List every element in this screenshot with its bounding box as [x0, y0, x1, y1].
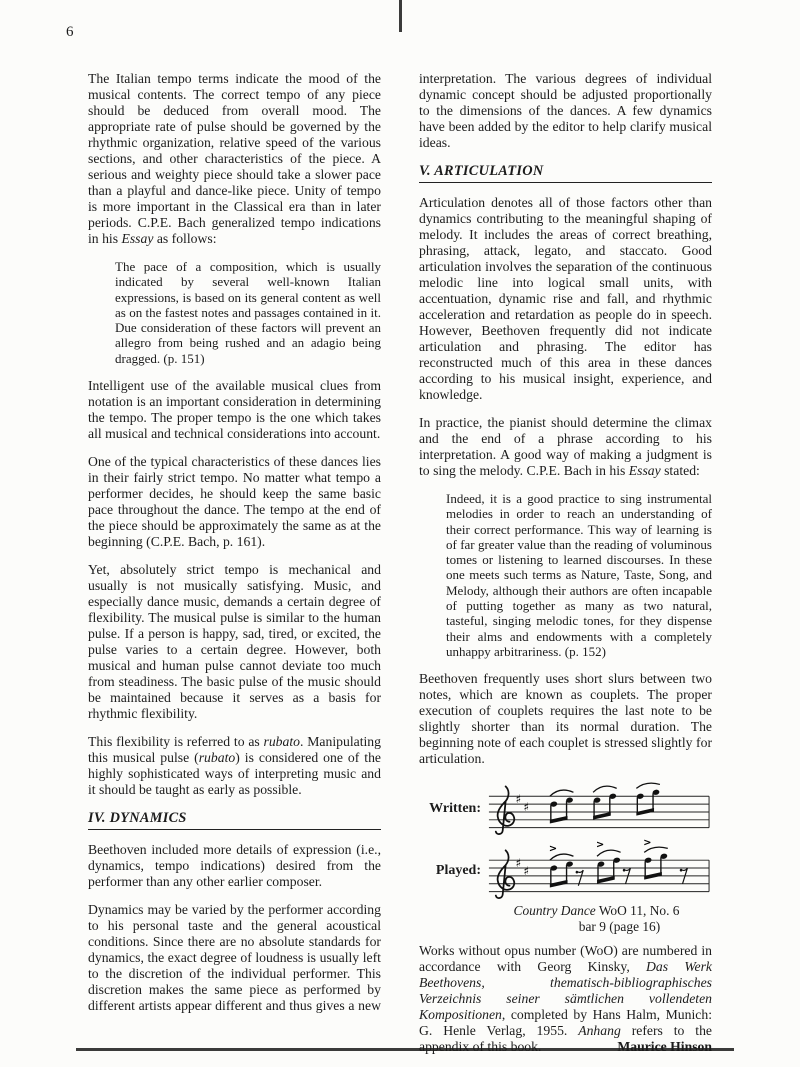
- accent-mark: >: [549, 844, 557, 855]
- played-staff-notation: ♯ ♯ > >: [485, 839, 712, 903]
- section-heading-articulation: V. ARTICULATION: [419, 163, 712, 183]
- author-name: Maurice Hinson: [617, 1039, 712, 1055]
- section-heading-dynamics: IV. DYNAMICS: [88, 810, 381, 830]
- figure-caption-title: Country Dance WoO 11, No. 6: [481, 903, 712, 919]
- paragraph-woo-note: Works without opus number (WoO) are numb…: [419, 943, 712, 1055]
- paragraph-in-practice: In practice, the pianist should determin…: [419, 415, 712, 479]
- sharp-sign: ♯: [515, 792, 521, 806]
- written-staff-notation: ♯ ♯: [485, 779, 712, 839]
- written-staff-row: Written: ♯ ♯: [419, 779, 712, 839]
- sharp-sign: ♯: [515, 856, 521, 870]
- accent-mark: >: [643, 839, 651, 848]
- paragraph-strict-tempo: One of the typical characteristics of th…: [88, 454, 381, 550]
- written-label: Written:: [419, 801, 485, 817]
- blockquote-cpe-bach-singing: Indeed, it is a good practice to sing in…: [446, 491, 712, 659]
- sharp-sign: ♯: [523, 864, 529, 878]
- played-staff-row: Played: ♯ ♯ >: [419, 839, 712, 903]
- paragraph-articulation-denotes: Articulation denotes all of those factor…: [419, 195, 712, 403]
- woo-note-text: Works without opus number (WoO) are numb…: [419, 943, 712, 1054]
- played-label: Played:: [419, 863, 485, 879]
- right-column: interpretation. The various degrees of i…: [419, 71, 712, 1067]
- figure-caption: Country Dance WoO 11, No. 6 bar 9 (page …: [481, 903, 712, 935]
- page-number: 6: [66, 24, 74, 41]
- blockquote-cpe-bach-pace: The pace of a composition, which is usua…: [115, 259, 381, 366]
- scan-artifact-top-gutter: [399, 0, 402, 32]
- paragraph-tempo-intro: The Italian tempo terms indicate the moo…: [88, 71, 381, 247]
- paragraph-dynamics-varied: Dynamics may be varied by the performer …: [88, 902, 381, 1014]
- paragraph-interpretation: interpretation. The various degrees of i…: [419, 71, 712, 151]
- book-page: { "page_number": "6", "left": { "p1": [ …: [0, 0, 800, 1067]
- paragraph-intelligent-use: Intelligent use of the available musical…: [88, 378, 381, 442]
- treble-clef-icon: [496, 787, 514, 835]
- sharp-sign: ♯: [523, 800, 529, 814]
- paragraph-beethoven-expression: Beethoven included more details of expre…: [88, 842, 381, 890]
- treble-clef-icon: [496, 851, 514, 899]
- couplet-notes-accented: > >: [549, 839, 688, 888]
- paragraph-rubato: This flexibility is referred to as rubat…: [88, 734, 381, 798]
- left-column: The Italian tempo terms indicate the moo…: [88, 71, 381, 1026]
- music-example-figure: Written: ♯ ♯: [419, 779, 712, 935]
- paragraph-couplets: Beethoven frequently uses short slurs be…: [419, 671, 712, 767]
- figure-caption-bar: bar 9 (page 16): [481, 919, 712, 935]
- couplet-notes: [550, 783, 660, 823]
- paragraph-flexibility: Yet, absolutely strict tempo is mechanic…: [88, 562, 381, 722]
- accent-mark: >: [596, 840, 604, 851]
